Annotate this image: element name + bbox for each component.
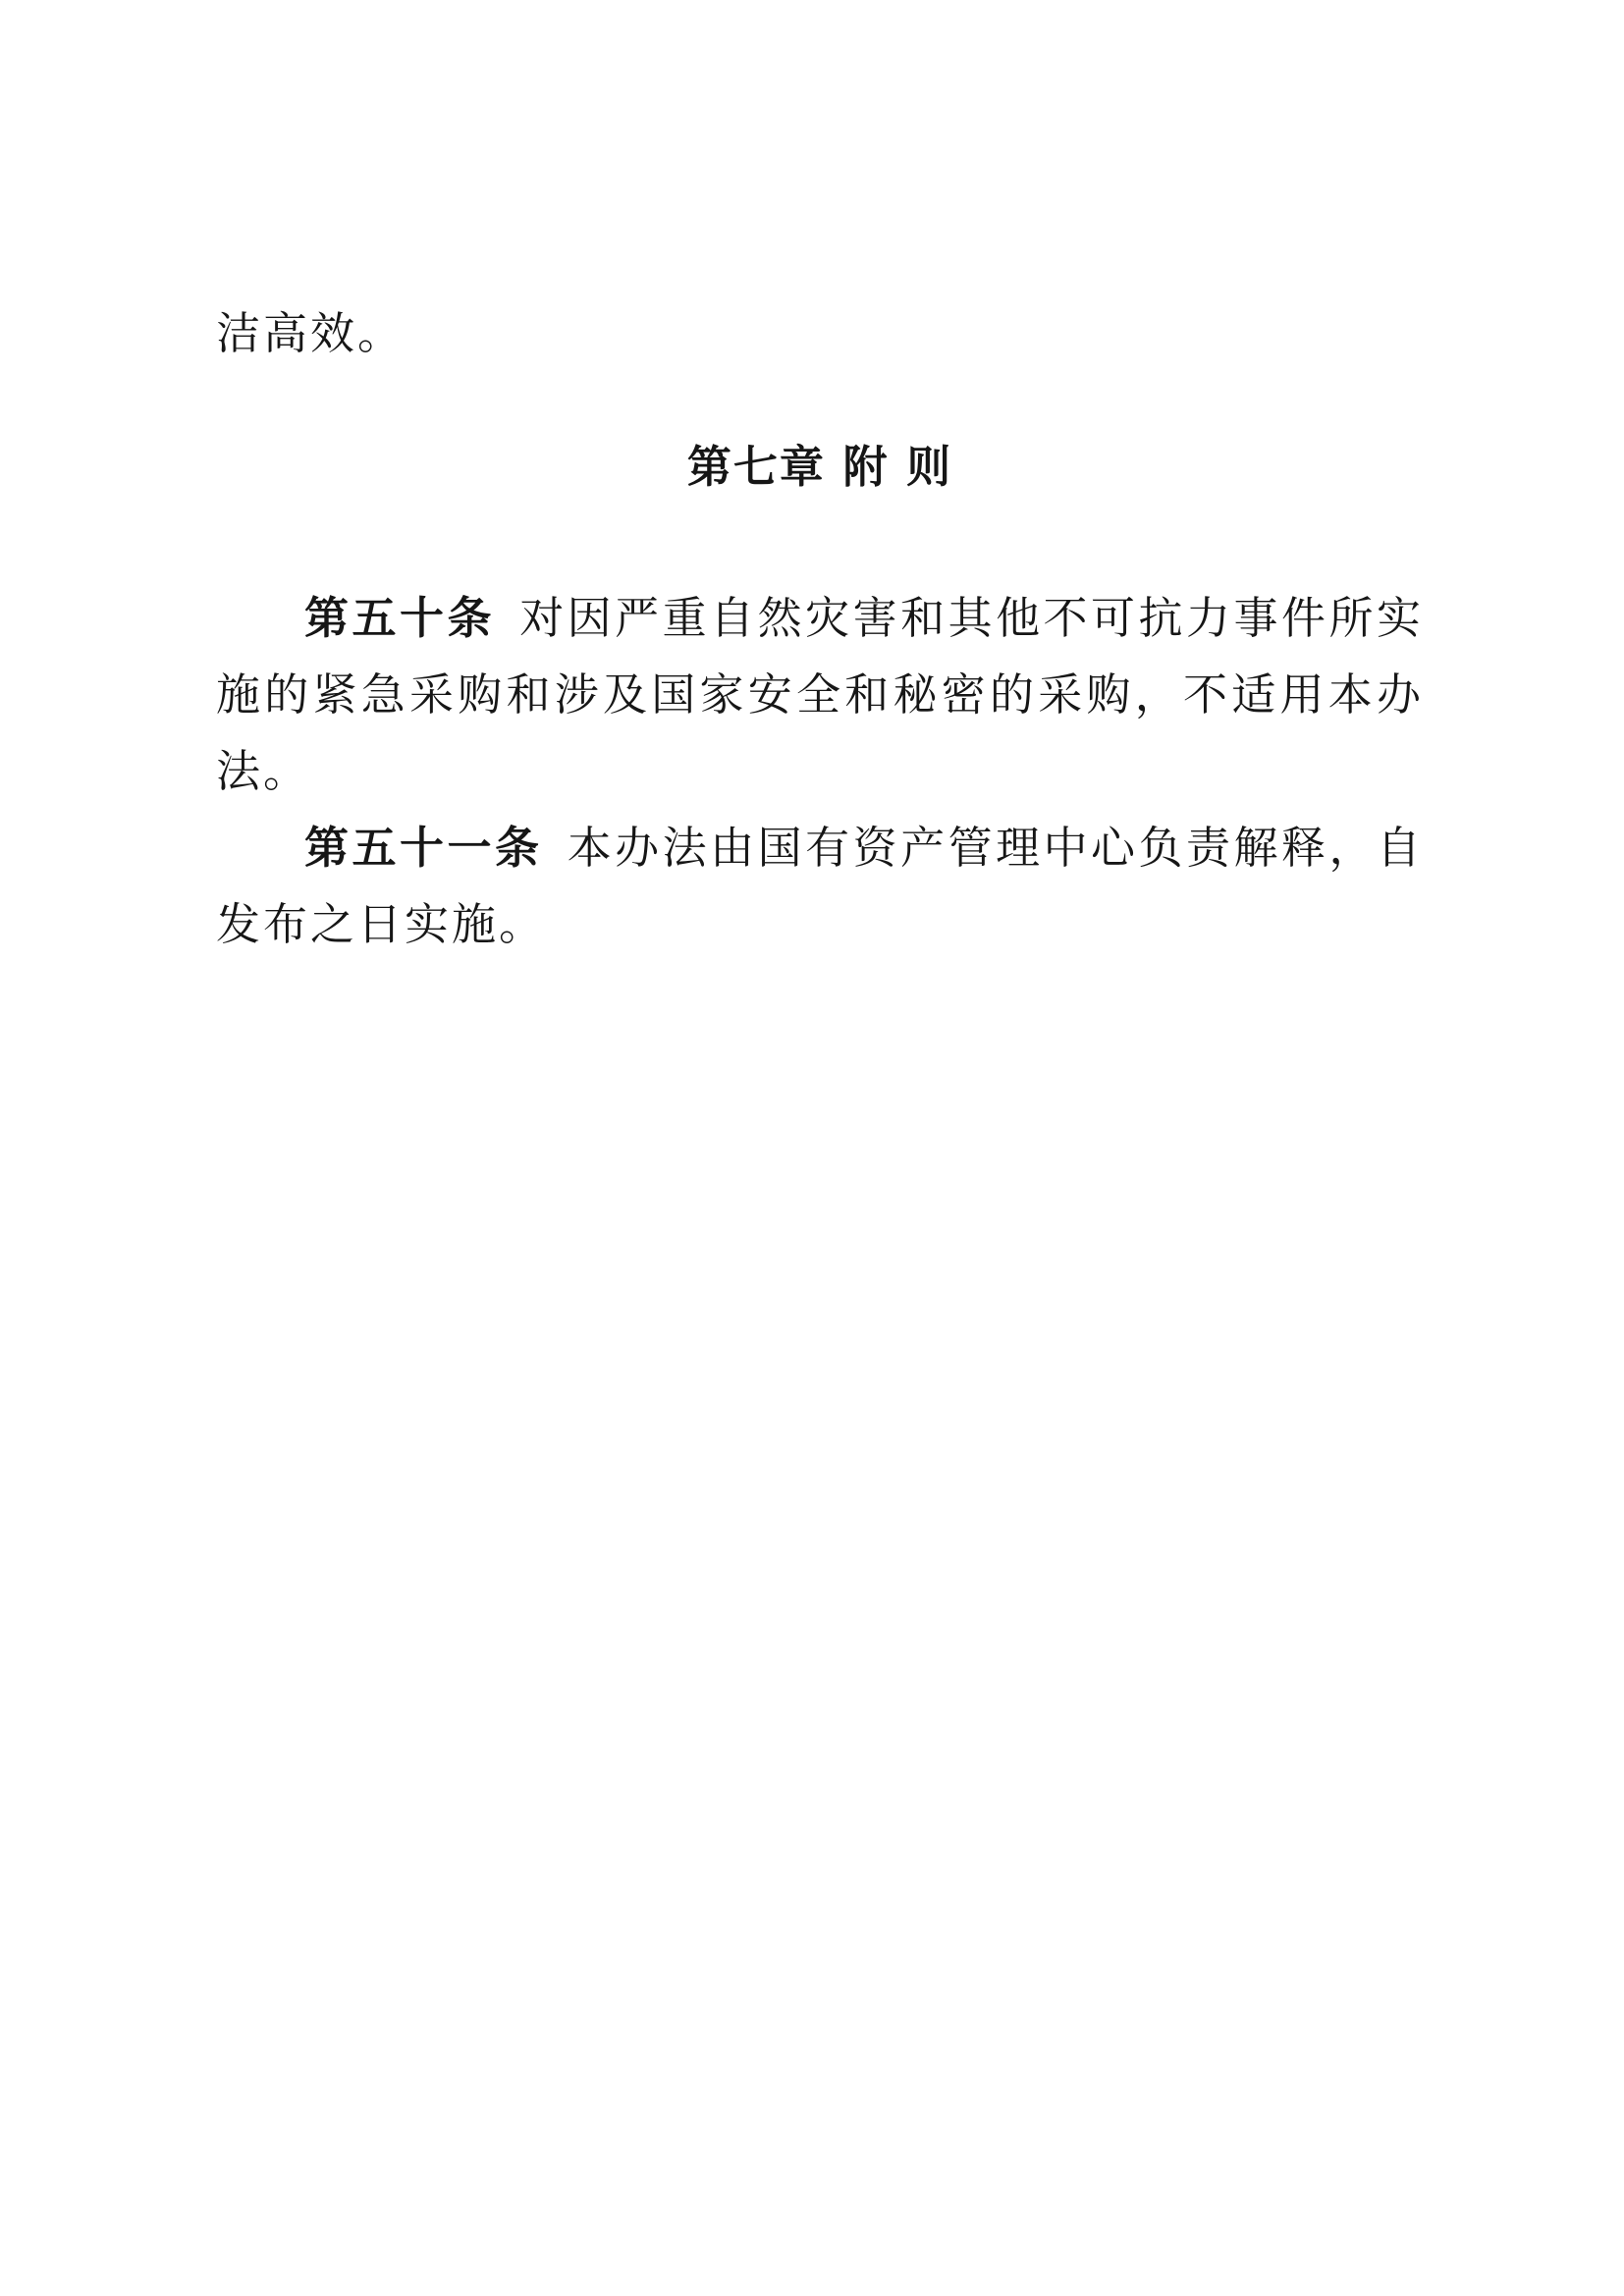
continuation-line: 洁高效。 bbox=[216, 295, 1424, 372]
article-51-label: 第五十一条 bbox=[304, 822, 542, 874]
article-51: 第五十一条本办法由国有资产管理中心负责解释，自发布之日实施。 bbox=[216, 810, 1424, 963]
article-50: 第五十条对因严重自然灾害和其他不可抗力事件所实施的紧急采购和涉及国家安全和秘密的… bbox=[216, 580, 1424, 810]
document-content: 洁高效。 第七章 附 则 第五十条对因严重自然灾害和其他不可抗力事件所实施的紧急… bbox=[216, 295, 1424, 963]
chapter-heading: 第七章 附 则 bbox=[216, 429, 1424, 506]
document-page: 洁高效。 第七章 附 则 第五十条对因严重自然灾害和其他不可抗力事件所实施的紧急… bbox=[0, 0, 1624, 2296]
article-50-label: 第五十条 bbox=[304, 592, 495, 644]
